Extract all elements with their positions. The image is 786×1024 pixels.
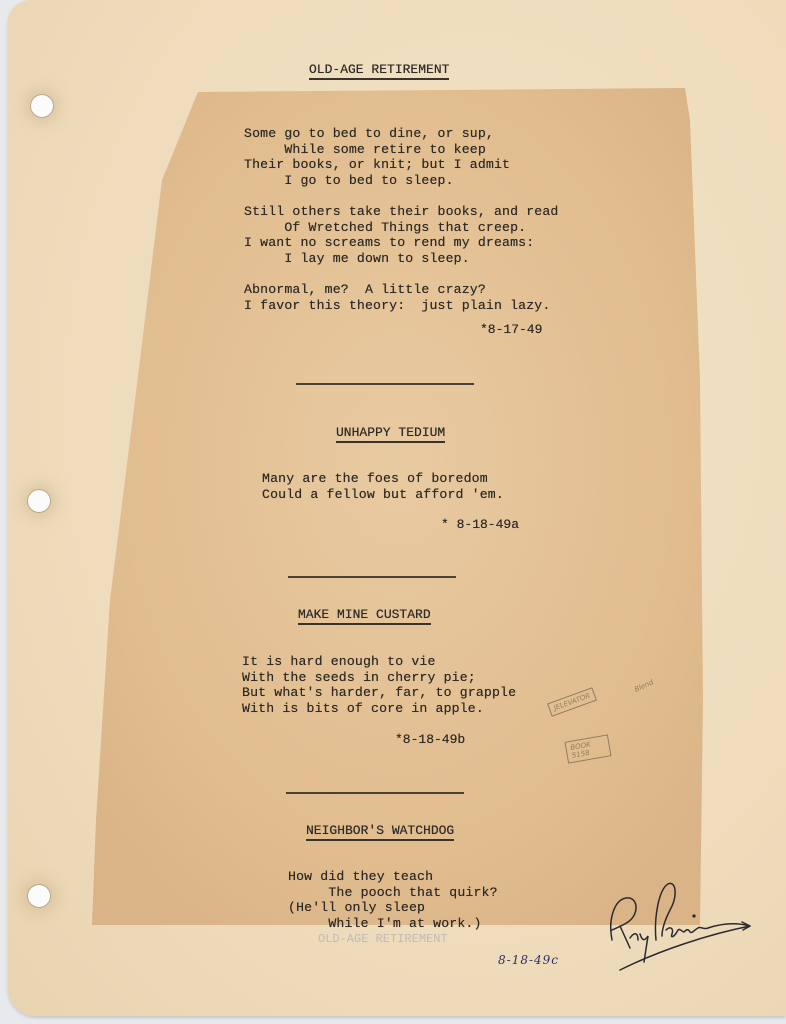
signature: Roy Lomie (600, 870, 760, 980)
section-divider (296, 383, 474, 385)
poem-title: UNHAPPY TEDIUM (336, 425, 445, 443)
handwritten-date: 8-18-49c (498, 953, 559, 967)
poem-date: *8-17-49 (480, 322, 542, 337)
poem-title: NEIGHBOR'S WATCHDOG (306, 823, 454, 841)
punch-hole-middle (28, 490, 50, 512)
poem-title: MAKE MINE CUSTARD (298, 607, 431, 625)
punch-hole-bottom (28, 885, 50, 907)
poem-body: How did they teach The pooch that quirk?… (288, 869, 498, 931)
poem-body: It is hard enough to vie With the seeds … (242, 654, 516, 716)
punch-hole-top (31, 95, 53, 117)
section-divider (286, 792, 464, 794)
bleed-through-text: OLD-AGE RETIREMENT (318, 932, 448, 946)
poem-title: OLD-AGE RETIREMENT (309, 62, 449, 80)
section-divider (288, 576, 456, 578)
poem-body: Some go to bed to dine, or sup, While so… (244, 126, 559, 313)
poem-date: *8-18-49b (395, 732, 465, 747)
poem-date: * 8-18-49a (441, 517, 519, 532)
poem-body: Many are the foes of boredom Could a fel… (262, 471, 504, 502)
